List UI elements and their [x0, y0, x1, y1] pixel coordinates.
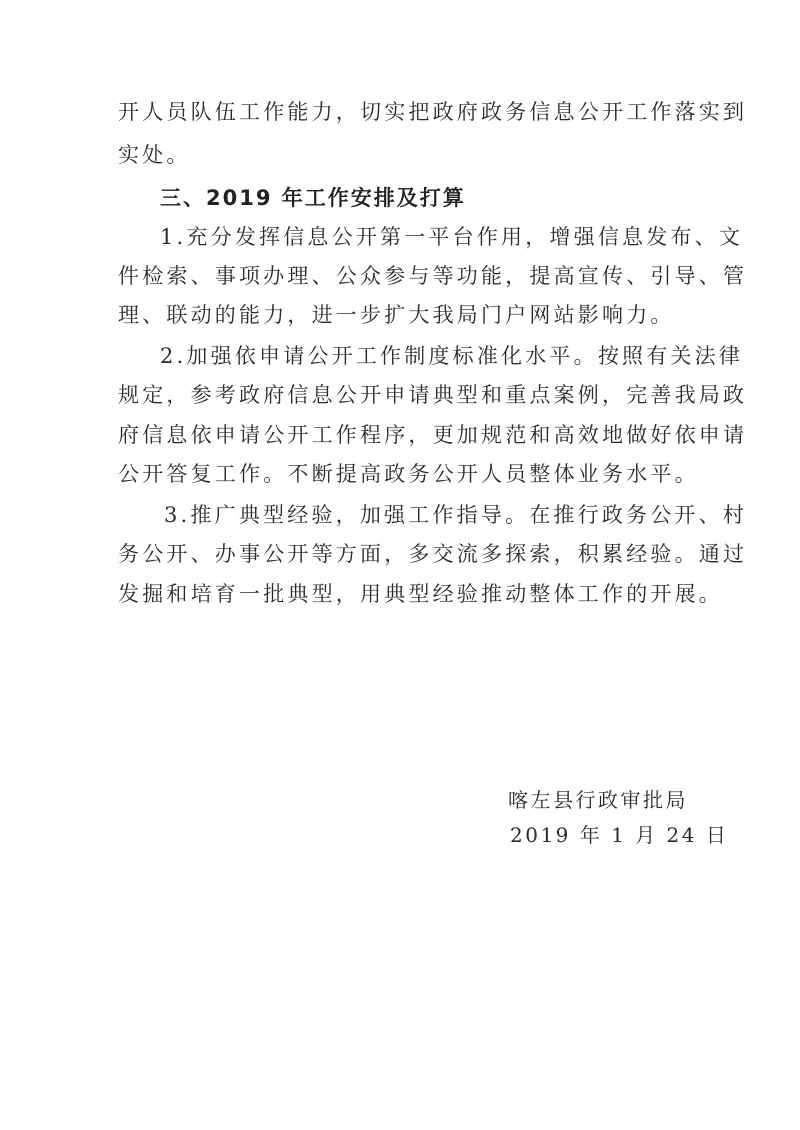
body-text-line: 开人员队伍工作能力，切实把政府政务信息公开工作落实到: [118, 97, 698, 127]
signature-organization: 喀左县行政审批局: [508, 786, 688, 814]
item-3-line: 3.推广典型经验，加强工作指导。在推行政务公开、村: [164, 500, 704, 530]
item-2-line: 公开答复工作。不断提高政务公开人员整体业务水平。: [118, 459, 698, 489]
item-2-line: 府信息依申请公开工作程序，更加规范和高效地做好依申请: [118, 420, 698, 450]
item-3-line: 发掘和培育一批典型，用典型经验推动整体工作的开展。: [118, 579, 698, 609]
signature-date: 2019 年 1 月 24 日: [510, 821, 728, 849]
document-page: 开人员队伍工作能力，切实把政府政务信息公开工作落实到 实处。 三、2019 年工…: [0, 0, 800, 1130]
item-1-line: 1.充分发挥信息公开第一平台作用，增强信息发布、文: [160, 222, 700, 252]
item-3-line: 务公开、办事公开等方面，多交流多探索，积累经验。通过: [118, 539, 698, 569]
body-text-line: 实处。: [118, 140, 698, 170]
item-2-line: 2.加强依申请公开工作制度标准化水平。按照有关法律: [160, 341, 700, 371]
item-1-line: 件检索、事项办理、公众参与等功能，提高宣传、引导、管: [118, 261, 698, 291]
section-heading: 三、2019 年工作安排及打算: [160, 183, 700, 213]
item-2-line: 规定，参考政府信息公开申请典型和重点案例，完善我局政: [118, 380, 698, 410]
item-1-line: 理、联动的能力，进一步扩大我局门户网站影响力。: [118, 300, 698, 330]
